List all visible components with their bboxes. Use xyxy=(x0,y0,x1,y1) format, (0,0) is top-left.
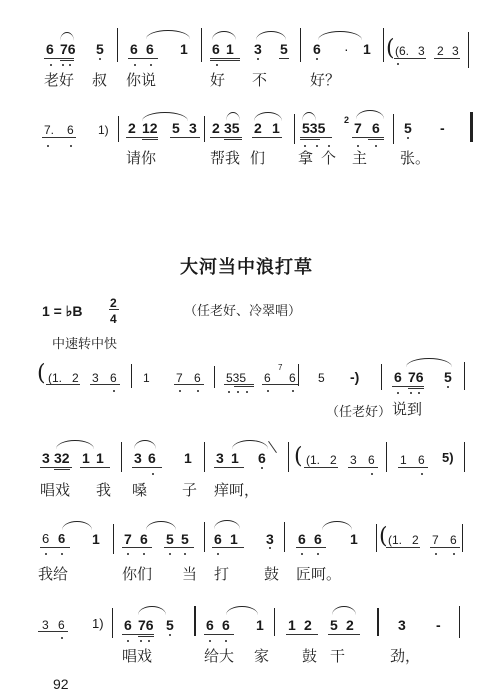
note: 3 xyxy=(398,618,406,632)
bar-line xyxy=(376,524,377,552)
bar-line xyxy=(131,364,132,388)
note: 2 xyxy=(254,121,262,135)
bar-line xyxy=(464,442,465,472)
note: 76 xyxy=(60,42,76,56)
slur xyxy=(56,440,94,449)
underline xyxy=(164,547,194,548)
note: 5 xyxy=(166,618,174,632)
note: 5 xyxy=(181,532,189,546)
low-dot xyxy=(435,553,437,555)
bar-line xyxy=(204,116,205,142)
low-dot xyxy=(179,390,181,392)
underline xyxy=(90,384,120,385)
underline xyxy=(126,137,158,138)
low-dot xyxy=(127,640,129,642)
lyric: 拿个 xyxy=(298,150,344,166)
underline xyxy=(210,60,240,61)
slur xyxy=(134,440,156,449)
bar-line xyxy=(214,366,215,388)
time-sig-top: 2 xyxy=(110,296,117,310)
note-paren-close: 5) xyxy=(442,451,454,465)
note: 6 xyxy=(314,532,322,546)
slur xyxy=(332,606,356,615)
low-dot xyxy=(410,392,412,394)
note: 1 xyxy=(96,451,104,465)
low-dot xyxy=(113,390,115,392)
singers-note: （任老好、冷翠唱） xyxy=(184,300,301,319)
lyric: 子 xyxy=(182,482,197,498)
bar-line xyxy=(464,362,465,390)
note: 2 xyxy=(128,121,136,135)
note: 6 xyxy=(42,532,49,546)
low-dot xyxy=(304,145,306,147)
note: 6 xyxy=(110,371,117,385)
slur xyxy=(214,520,240,529)
lyric: 我给 xyxy=(38,566,68,582)
note: 6 xyxy=(146,42,154,56)
note: 6 xyxy=(394,370,402,384)
paren-open: ( xyxy=(386,38,395,60)
note: 1 xyxy=(226,42,234,56)
underline xyxy=(392,386,424,387)
lyric: 劲， xyxy=(390,648,420,664)
lyric: 唱戏 xyxy=(122,648,152,664)
paren-open: ( xyxy=(294,446,303,468)
underline xyxy=(300,139,320,140)
dash: - xyxy=(436,618,441,632)
note: 5 xyxy=(172,121,180,135)
underline xyxy=(122,634,154,635)
low-dot xyxy=(357,145,359,147)
note: 1 xyxy=(288,618,296,632)
slur xyxy=(318,31,362,40)
note: 3 xyxy=(189,121,197,135)
underline xyxy=(46,384,80,385)
lyric: 叔 xyxy=(92,72,107,88)
low-dot xyxy=(292,390,294,392)
lyric: 不 xyxy=(252,72,267,88)
note: 6 xyxy=(124,618,132,632)
underline xyxy=(214,467,244,468)
note: 2 xyxy=(346,618,354,632)
underline xyxy=(408,388,424,389)
low-dot xyxy=(237,391,239,393)
slur xyxy=(226,112,240,121)
note: 3 xyxy=(266,532,274,546)
lyric: 给大 xyxy=(204,648,234,664)
note: 3 xyxy=(350,453,357,467)
bar-line xyxy=(300,28,301,62)
lyric: 痒呵， xyxy=(214,482,259,498)
underline xyxy=(138,636,154,637)
dot-sustain: · xyxy=(344,42,349,56)
low-dot xyxy=(301,553,303,555)
slur xyxy=(212,31,236,40)
underline xyxy=(348,467,378,468)
bar-line xyxy=(468,32,469,68)
low-dot xyxy=(418,392,420,394)
grace-note: 7 xyxy=(278,361,282,375)
note: 2 xyxy=(330,453,337,467)
underline xyxy=(142,139,158,140)
note: 1 xyxy=(400,453,407,467)
note: 6 xyxy=(58,618,65,632)
note: 3 xyxy=(42,451,50,465)
bar-line xyxy=(204,442,205,472)
lyric: 干 xyxy=(330,648,345,664)
note: 32 xyxy=(54,451,70,465)
low-dot xyxy=(69,64,71,66)
note: 535 xyxy=(302,121,325,135)
note: 76 xyxy=(408,370,424,384)
slur xyxy=(142,112,188,121)
slur xyxy=(406,358,452,367)
underline xyxy=(210,58,240,59)
slur xyxy=(322,521,352,530)
low-dot xyxy=(150,64,152,66)
low-dot xyxy=(169,553,171,555)
dash: - xyxy=(440,121,445,135)
bar-line xyxy=(194,606,196,636)
bar-line xyxy=(112,608,113,638)
bar-line xyxy=(274,608,275,636)
note: 3 xyxy=(92,371,99,385)
underline xyxy=(122,547,152,548)
note: 3 xyxy=(216,451,224,465)
low-dot xyxy=(143,553,145,555)
low-dot xyxy=(45,553,47,555)
lyric: 鼓 xyxy=(302,648,317,664)
bar-line xyxy=(294,114,295,144)
dash-paren-close: -) xyxy=(350,370,359,384)
slur xyxy=(146,30,190,39)
underline xyxy=(279,58,289,59)
underline xyxy=(210,137,242,138)
note: 1 xyxy=(231,451,239,465)
lyric: 鼓 xyxy=(264,566,279,582)
note: (1. xyxy=(306,453,320,467)
underline xyxy=(38,631,68,632)
bar-line xyxy=(118,116,119,142)
note: 1 xyxy=(230,532,238,546)
note: 1 xyxy=(350,532,358,546)
low-dot xyxy=(407,137,409,139)
slur xyxy=(256,31,286,40)
underline xyxy=(296,547,326,548)
note: 6 xyxy=(450,533,457,547)
underline xyxy=(54,469,70,470)
note: 6 xyxy=(222,618,230,632)
underline xyxy=(204,634,234,635)
note: 1 xyxy=(82,451,90,465)
low-dot xyxy=(261,467,263,469)
low-dot xyxy=(397,63,399,65)
page-number: 92 xyxy=(53,676,69,692)
slur xyxy=(302,112,316,121)
lyric: 你说 xyxy=(126,72,156,88)
time-sig-line xyxy=(109,309,119,310)
lyric: 唱戏 xyxy=(40,482,70,498)
note: 7 xyxy=(432,533,439,547)
bar-line xyxy=(288,442,289,472)
note: 5 xyxy=(166,532,174,546)
note: 3 xyxy=(254,42,262,56)
note: 3 xyxy=(418,44,425,58)
note-paren-close: 1) xyxy=(92,617,104,631)
lyric: 家 xyxy=(254,648,269,664)
note: 6 xyxy=(289,371,296,385)
lyric: 我 xyxy=(96,482,111,498)
note: 6 xyxy=(212,42,220,56)
underline xyxy=(434,58,460,59)
underline xyxy=(40,547,70,548)
slur xyxy=(62,521,92,530)
slur xyxy=(226,606,258,615)
note: 6 xyxy=(130,42,138,56)
note: 6 xyxy=(368,453,375,467)
lyric: 张。 xyxy=(400,150,430,166)
lyric: 好 xyxy=(210,72,225,88)
note: 1 xyxy=(143,371,150,385)
slur xyxy=(232,440,268,449)
slur xyxy=(254,112,282,121)
low-dot xyxy=(140,640,142,642)
paren-open: ( xyxy=(379,526,388,548)
note: (1. xyxy=(388,533,402,547)
note: (1. xyxy=(48,371,62,385)
note: 6 xyxy=(46,42,54,56)
slur xyxy=(138,606,166,615)
note: 535 xyxy=(226,371,246,385)
underline xyxy=(224,139,242,140)
note: 6 xyxy=(58,532,65,546)
bar-line xyxy=(113,524,114,554)
underline xyxy=(60,60,74,61)
low-dot xyxy=(47,145,49,147)
lyric: 当 xyxy=(182,566,197,582)
underline xyxy=(398,467,428,468)
note: 5 xyxy=(404,121,412,135)
low-dot xyxy=(148,640,150,642)
lyric: 匠呵。 xyxy=(296,566,341,582)
note: 1 xyxy=(92,532,100,546)
note: 7 xyxy=(354,121,362,135)
paren-open: ( xyxy=(37,363,46,385)
note: 3 xyxy=(134,451,142,465)
lyric: 主 xyxy=(352,150,367,166)
bar-line xyxy=(298,364,299,386)
bar-line xyxy=(386,442,387,472)
bar-line xyxy=(121,442,122,472)
underline xyxy=(368,139,384,140)
note: 7. xyxy=(44,123,54,137)
low-dot xyxy=(217,553,219,555)
underline xyxy=(286,634,318,635)
low-dot xyxy=(62,64,64,66)
bar-line xyxy=(462,524,463,552)
lyric: 好？ xyxy=(310,72,340,88)
note: 6 xyxy=(258,451,266,465)
low-dot xyxy=(50,64,52,66)
low-dot xyxy=(134,64,136,66)
low-dot xyxy=(316,58,318,60)
underline xyxy=(174,384,204,385)
note: 6 xyxy=(313,42,321,56)
bar-line xyxy=(393,114,394,144)
song-title: 大河当中浪打草 xyxy=(180,253,313,279)
key-label: 1 = ♭B xyxy=(42,304,82,318)
low-dot xyxy=(317,553,319,555)
note: 6 xyxy=(298,532,306,546)
underline xyxy=(386,547,420,548)
note: 3 xyxy=(452,44,459,58)
low-dot xyxy=(316,145,318,147)
note: (6. xyxy=(395,44,409,58)
low-dot xyxy=(209,640,211,642)
note: 7 xyxy=(124,532,132,546)
note: 3 xyxy=(42,618,49,632)
note: 5 xyxy=(330,618,338,632)
lyric: 帮我 xyxy=(210,150,240,166)
note: 5 xyxy=(444,370,452,384)
note: 6 xyxy=(264,371,271,385)
note: 6 xyxy=(418,453,425,467)
low-dot xyxy=(371,473,373,475)
low-dot xyxy=(197,390,199,392)
low-dot xyxy=(257,58,259,60)
slur xyxy=(146,521,176,530)
note: 2 xyxy=(437,44,444,58)
lyric: 打 xyxy=(214,566,229,582)
low-dot xyxy=(152,473,154,475)
underline xyxy=(44,58,74,59)
low-dot xyxy=(99,58,101,60)
bar-line xyxy=(383,28,384,62)
note: 6 xyxy=(140,532,148,546)
underline xyxy=(394,58,426,59)
underline xyxy=(128,58,158,59)
underline xyxy=(42,137,76,138)
note: 2 xyxy=(212,121,220,135)
underline xyxy=(170,137,200,138)
underline xyxy=(262,384,298,385)
note: 6 xyxy=(372,121,380,135)
lyric: 你们 xyxy=(122,566,152,582)
bar-line xyxy=(117,28,118,62)
low-dot xyxy=(269,547,271,549)
note: 6 xyxy=(148,451,156,465)
underline xyxy=(252,137,282,138)
low-dot xyxy=(225,640,227,642)
note: 7 xyxy=(176,371,183,385)
note: 1 xyxy=(184,451,192,465)
underline xyxy=(224,384,254,385)
low-dot xyxy=(246,391,248,393)
low-dot xyxy=(184,553,186,555)
bar-line xyxy=(377,608,379,636)
underline xyxy=(430,547,460,548)
note: 1) xyxy=(98,123,109,137)
note: 76 xyxy=(138,618,154,632)
grace-note: 2 xyxy=(344,113,349,127)
bar-line xyxy=(284,522,285,552)
low-dot xyxy=(70,145,72,147)
low-dot xyxy=(228,391,230,393)
low-dot xyxy=(375,145,377,147)
low-dot xyxy=(216,64,218,66)
underline xyxy=(328,634,360,635)
slur xyxy=(60,32,74,41)
underline xyxy=(40,467,72,468)
lyric: 们 xyxy=(250,150,265,166)
note: 1 xyxy=(363,42,371,56)
note: 2 xyxy=(72,371,79,385)
final-bar-line xyxy=(470,112,473,142)
low-dot xyxy=(61,553,63,555)
bar-line xyxy=(204,522,205,552)
underline xyxy=(80,467,110,468)
note: 1 xyxy=(256,618,264,632)
note: 2 xyxy=(304,618,312,632)
note: 6 xyxy=(206,618,214,632)
lyric: 嗓 xyxy=(132,482,147,498)
underline xyxy=(304,467,338,468)
slur xyxy=(356,110,384,119)
note: 5 xyxy=(318,371,325,385)
tempo-marking: 中速转中快 xyxy=(52,333,117,352)
underline xyxy=(352,137,384,138)
note: 1 xyxy=(180,42,188,56)
breath-mark xyxy=(268,441,277,453)
lyric: 请你 xyxy=(126,150,156,166)
note: 6 xyxy=(214,532,222,546)
time-sig-bottom: 4 xyxy=(110,312,117,326)
low-dot xyxy=(421,473,423,475)
bar-line xyxy=(201,28,202,62)
note: 1 xyxy=(272,121,280,135)
note: 6 xyxy=(67,123,74,137)
bar-line xyxy=(381,364,382,390)
underline xyxy=(300,137,332,138)
low-dot xyxy=(328,145,330,147)
low-dot xyxy=(447,386,449,388)
low-dot xyxy=(169,634,171,636)
note: 2 xyxy=(412,533,419,547)
bar-line xyxy=(459,606,460,638)
note: 6 xyxy=(194,371,201,385)
note: 12 xyxy=(142,121,158,135)
note: 5 xyxy=(96,42,104,56)
speaker-label: （任老好） xyxy=(326,401,391,420)
low-dot xyxy=(127,553,129,555)
low-dot xyxy=(397,392,399,394)
underline xyxy=(234,386,254,387)
underline xyxy=(212,547,244,548)
lyric: 说到 xyxy=(392,401,422,417)
low-dot xyxy=(61,637,63,639)
low-dot xyxy=(453,553,455,555)
lyric: 老好 xyxy=(44,72,74,88)
note: 5 xyxy=(280,42,288,56)
low-dot xyxy=(267,390,269,392)
underline xyxy=(132,467,162,468)
note: 35 xyxy=(224,121,240,135)
